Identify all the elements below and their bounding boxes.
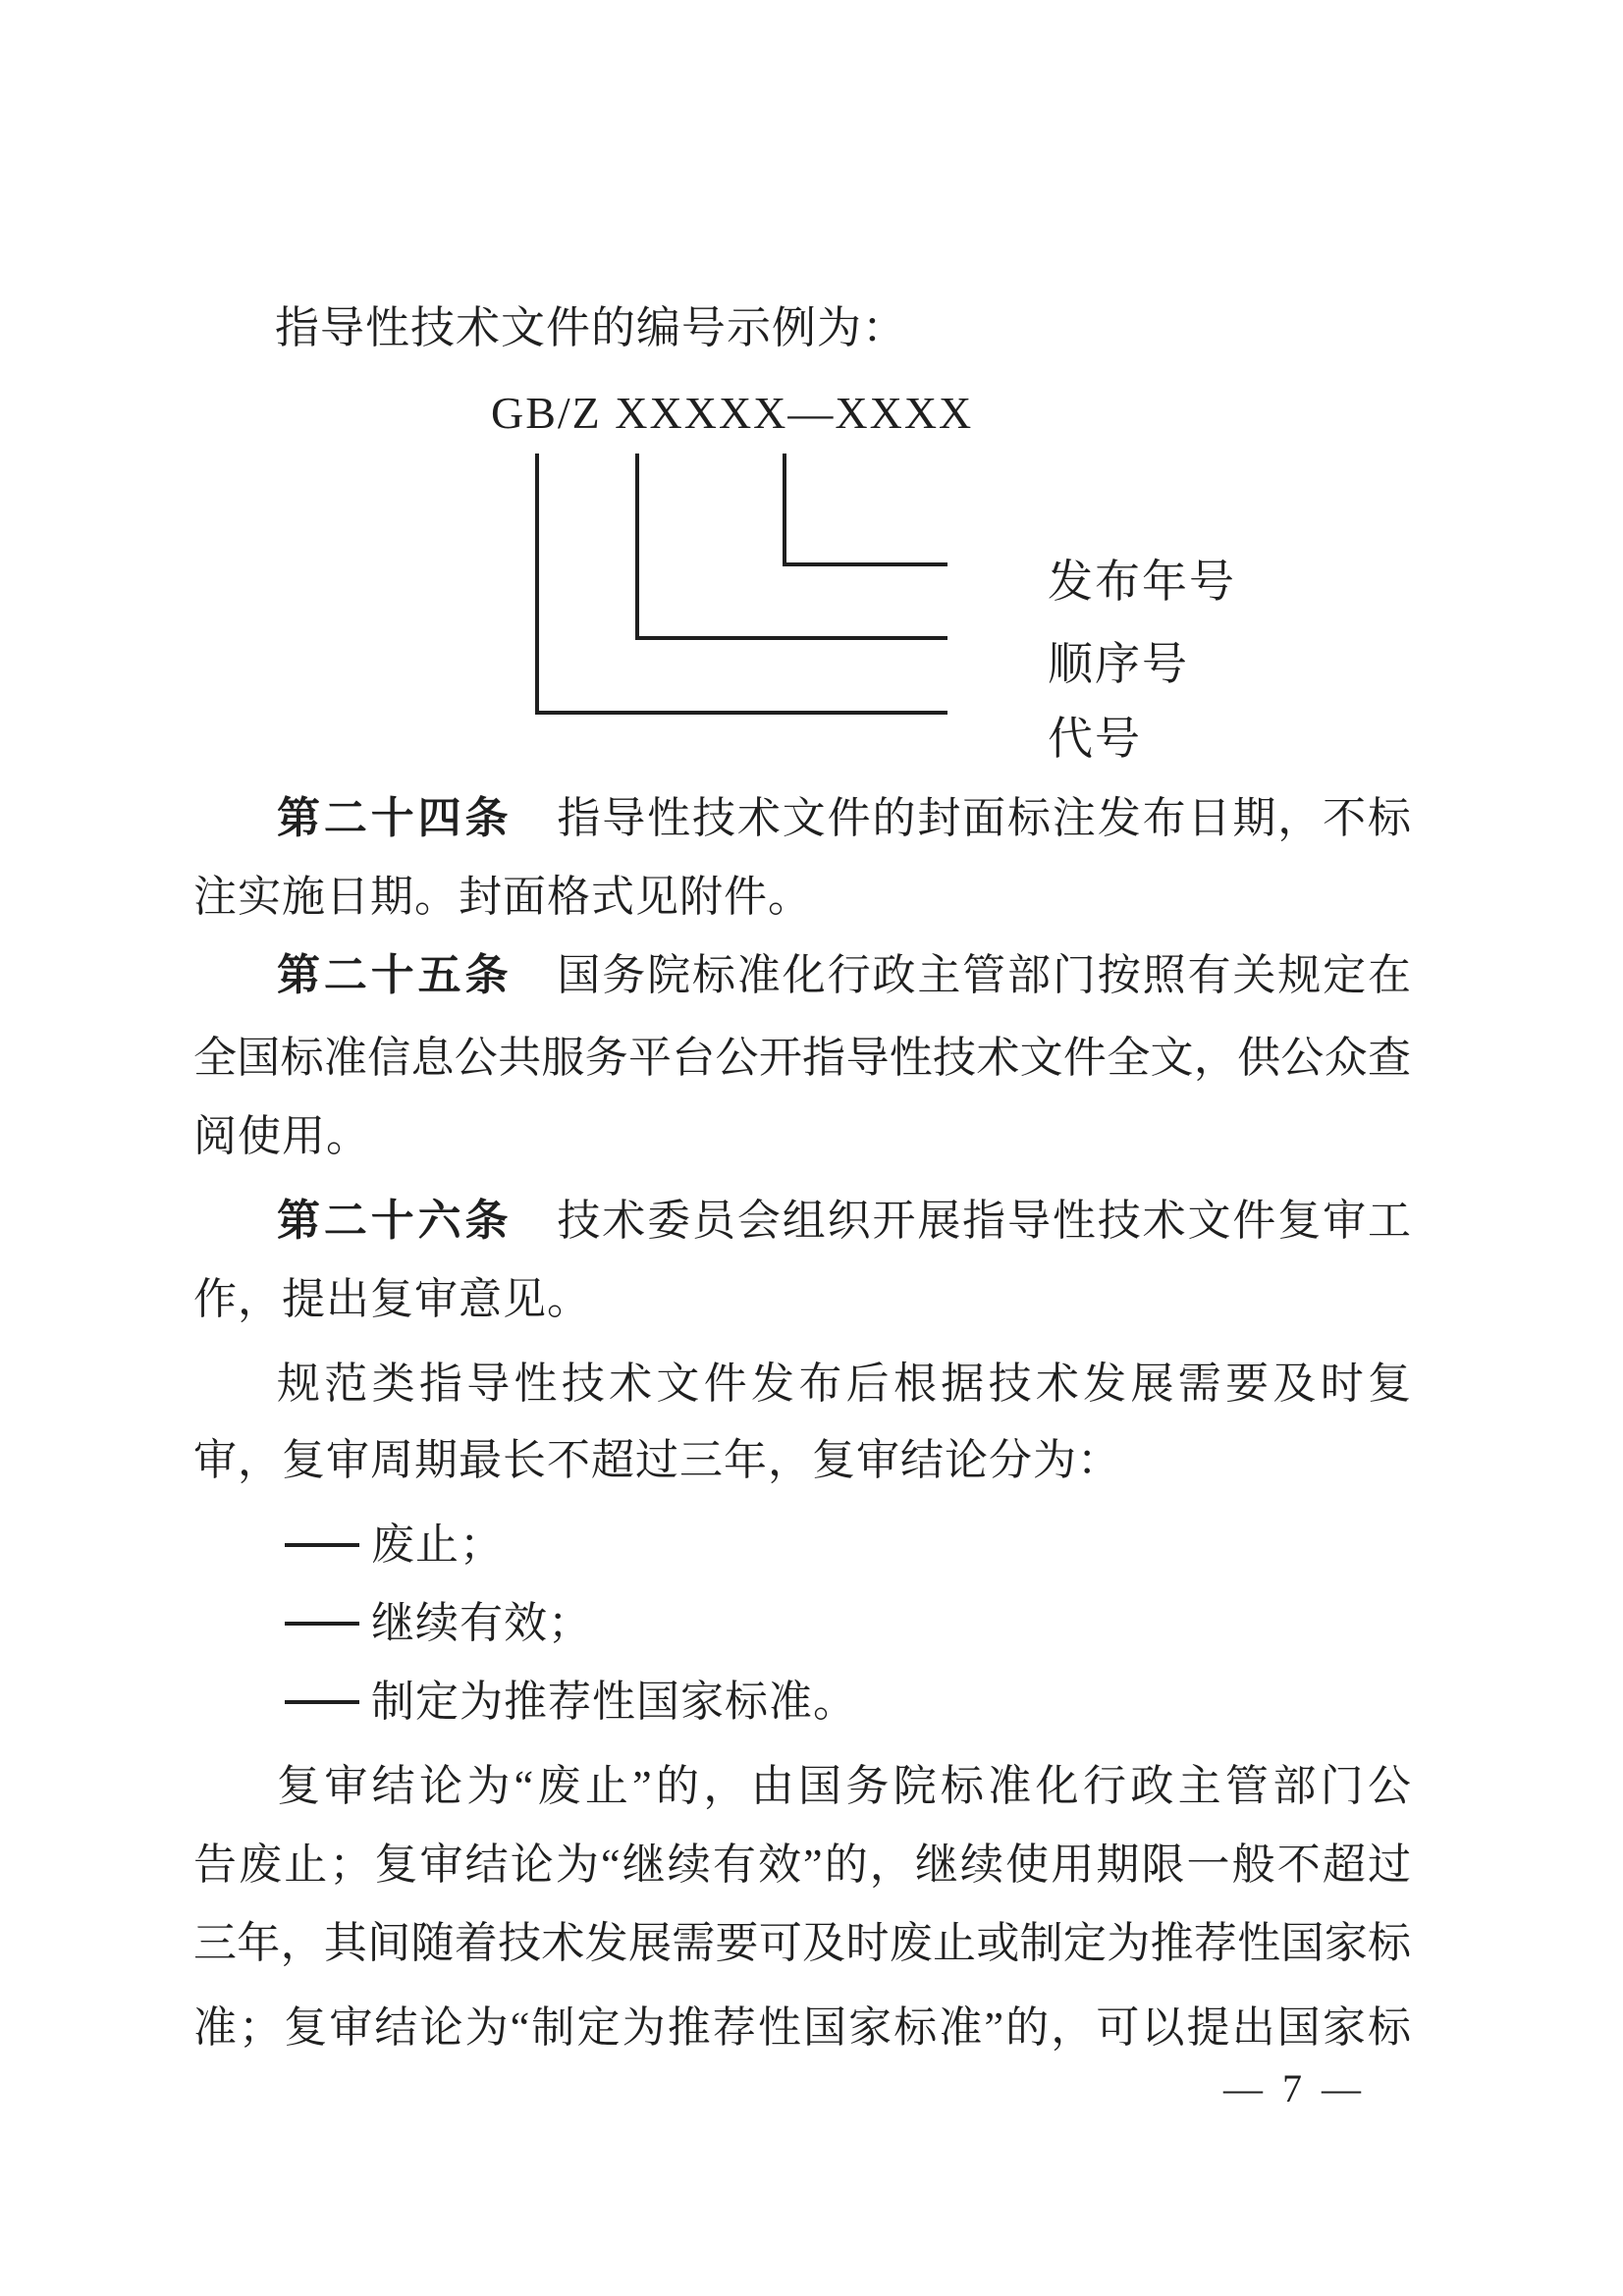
paragraph-article-25-line-3: 阅使用。 bbox=[193, 1109, 370, 1163]
paragraph-review-line-2: 审，复审周期最长不超过三年，复审结论分为： bbox=[193, 1433, 1121, 1487]
list-item-abolish-text: 废止； bbox=[371, 1521, 504, 1569]
diagram-line-code-horizontal bbox=[535, 711, 947, 715]
paragraph-article-25-line-1: 第二十五条国务院标准化行政主管部门按照有关规定在 bbox=[277, 948, 1411, 1002]
article-24-number: 第二十四条 bbox=[277, 794, 512, 842]
diagram-line-year-vertical bbox=[783, 454, 786, 566]
list-item-convert-standard-text: 制定为推荐性国家标准。 bbox=[371, 1678, 857, 1726]
paragraph-review-line-1: 规范类指导性技术文件发布后根据技术发展需要及时复 bbox=[277, 1357, 1411, 1411]
paragraph-conclusion-line-2: 告废止；复审结论为“继续有效”的，继续使用期限一般不超过 bbox=[193, 1838, 1411, 1892]
paragraph-article-24-line-2: 注实施日期。封面格式见附件。 bbox=[193, 870, 812, 924]
diagram-label-code: 代号 bbox=[1048, 703, 1142, 768]
diagram-line-year-horizontal bbox=[783, 562, 947, 566]
article-26-text: 技术委员会组织开展指导性技术文件复审工 bbox=[557, 1197, 1411, 1245]
intro-line: 指导性技术文件的编号示例为： bbox=[275, 300, 907, 355]
diagram-line-code-vertical bbox=[535, 454, 539, 715]
article-25-text: 国务院标准化行政主管部门按照有关规定在 bbox=[557, 951, 1411, 999]
article-24-text: 指导性技术文件的封面标注发布日期，不标 bbox=[557, 794, 1411, 842]
document-page: 指导性技术文件的编号示例为： GB/Z XXXXX—XXXX 发布年号 顺序号 … bbox=[0, 0, 1623, 2296]
paragraph-conclusion-line-4: 准；复审结论为“制定为推荐性国家标准”的，可以提出国家标 bbox=[193, 2001, 1411, 2055]
list-item-remain-valid: 继续有效； bbox=[285, 1596, 592, 1650]
em-dash-icon bbox=[285, 1543, 359, 1547]
paragraph-conclusion-line-3: 三年，其间随着技术发展需要可及时废止或制定为推荐性国家标 bbox=[193, 1916, 1411, 1970]
em-dash-icon bbox=[285, 1700, 359, 1704]
article-26-number: 第二十六条 bbox=[277, 1197, 512, 1245]
paragraph-conclusion-line-1: 复审结论为“废止”的，由国务院标准化行政主管部门公 bbox=[277, 1759, 1411, 1813]
diagram-line-serial-vertical bbox=[635, 454, 639, 640]
list-item-remain-valid-text: 继续有效； bbox=[371, 1599, 592, 1647]
diagram-line-serial-horizontal bbox=[635, 636, 947, 640]
paragraph-article-24-line-1: 第二十四条指导性技术文件的封面标注发布日期，不标 bbox=[277, 791, 1411, 845]
list-item-convert-standard: 制定为推荐性国家标准。 bbox=[285, 1675, 857, 1729]
list-item-abolish: 废止； bbox=[285, 1518, 504, 1572]
paragraph-article-26-line-2: 作，提出复审意见。 bbox=[193, 1272, 591, 1326]
em-dash-icon bbox=[285, 1622, 359, 1626]
paragraph-article-25-line-2: 全国标准信息公共服务平台公开指导性技术文件全文，供公众查 bbox=[193, 1031, 1411, 1085]
diagram-label-serial: 顺序号 bbox=[1048, 628, 1189, 693]
standard-code-example: GB/Z XXXXX—XXXX bbox=[491, 385, 973, 442]
article-25-number: 第二十五条 bbox=[277, 951, 512, 999]
page-number: — 7 — bbox=[1223, 2065, 1366, 2111]
paragraph-article-26-line-1: 第二十六条技术委员会组织开展指导性技术文件复审工 bbox=[277, 1194, 1411, 1248]
diagram-label-year: 发布年号 bbox=[1048, 546, 1236, 611]
